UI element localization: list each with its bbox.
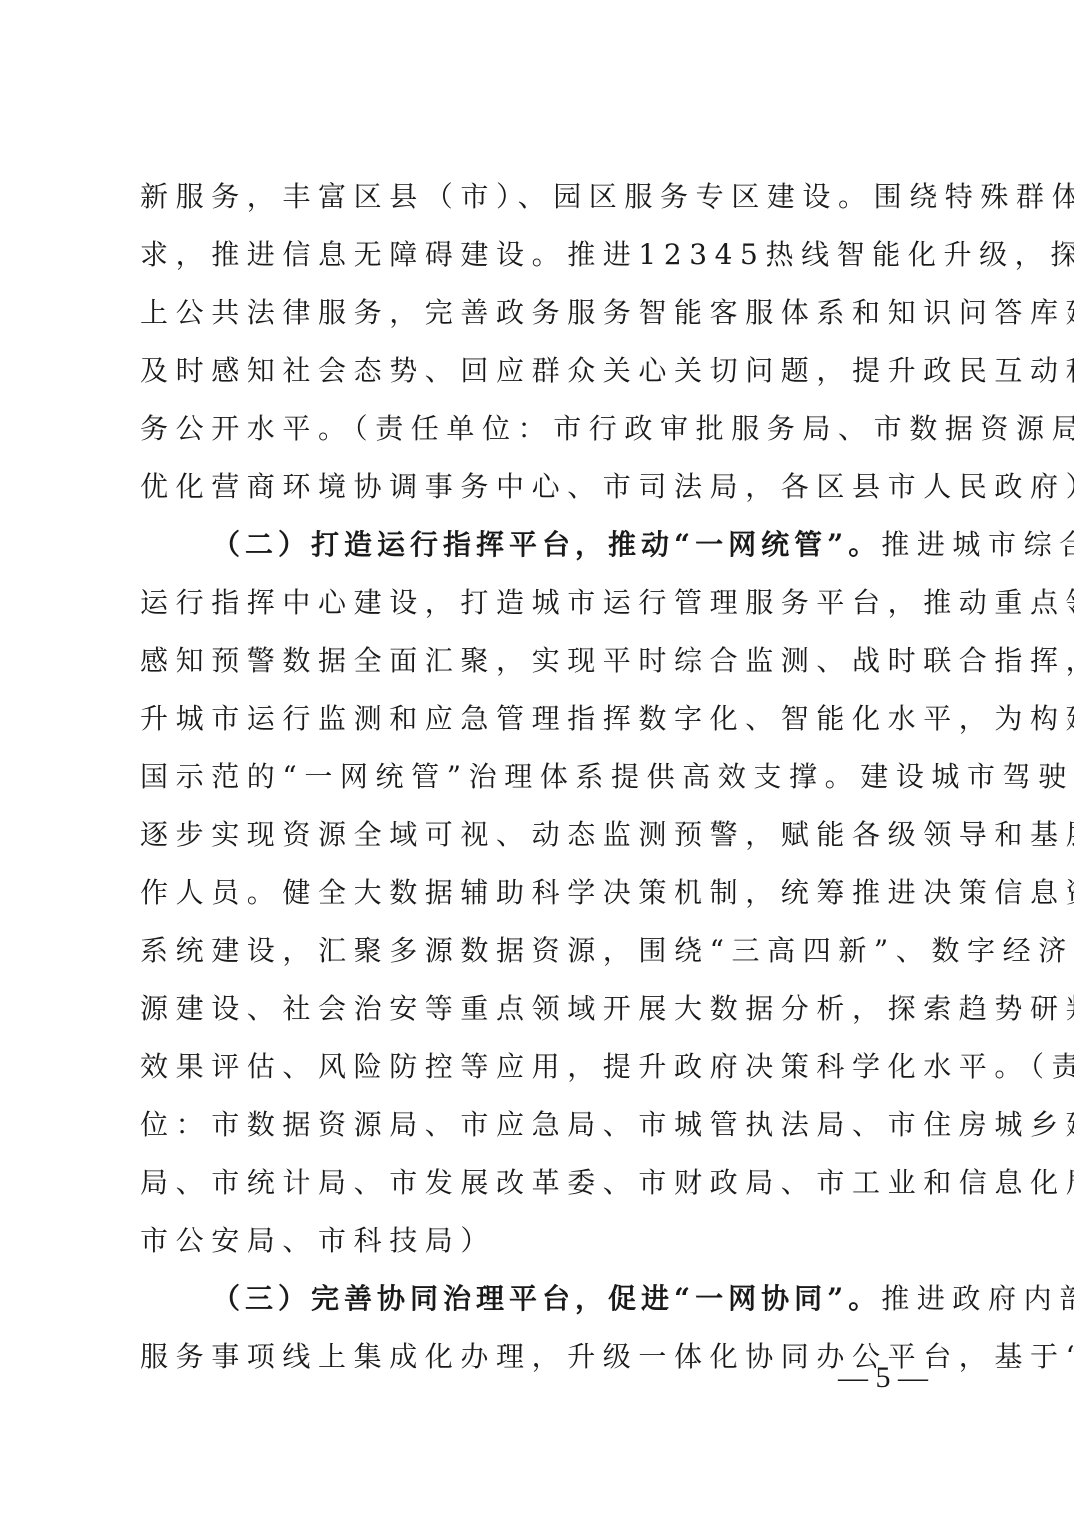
- body-text-line: 逐步实现资源全域可视、动态监测预警，赋能各级领导和基层工: [140, 815, 940, 855]
- body-text-line: 上公共法律服务，完善政务服务智能客服体系和知识问答库建设，: [140, 293, 940, 333]
- body-text-line: 优化营商环境协调事务中心、市司法局，各区县市人民政府）: [140, 467, 940, 507]
- body-text-line: 运行指挥中心建设，打造城市运行管理服务平台，推动重点领域: [140, 583, 940, 623]
- body-text-run: 推进城市综合: [881, 528, 1074, 561]
- body-text-line: 务公开水平。（责任单位：市行政审批服务局、市数据资源局、市: [140, 409, 940, 449]
- body-text-line: 服务事项线上集成化办理，升级一体化协同办公平台，基于“长: [140, 1337, 940, 1377]
- body-text-line: 局、市统计局、市发展改革委、市财政局、市工业和信息化局、: [140, 1163, 940, 1203]
- document-page: 新服务，丰富区县（市）、园区服务专区建设。围绕特殊群体需 求，推进信息无障碍建设…: [0, 0, 1074, 1520]
- body-text-line: 新服务，丰富区县（市）、园区服务专区建设。围绕特殊群体需: [140, 177, 940, 217]
- body-text-line: 效果评估、风险防控等应用，提升政府决策科学化水平。（责任单: [140, 1047, 940, 1087]
- section-heading-2: （二）打造运行指挥平台，推动“一网统管”。: [212, 528, 881, 561]
- body-text-line: 市公安局、市科技局）: [140, 1221, 940, 1261]
- section-2-paragraph-start: （二）打造运行指挥平台，推动“一网统管”。推进城市综合: [212, 525, 940, 565]
- body-text-line: 求，推进信息无障碍建设。推进12345热线智能化升级，探索线: [140, 235, 940, 275]
- section-heading-3: （三）完善协同治理平台，促进“一网协同”。: [212, 1282, 881, 1315]
- body-text-line: 感知预警数据全面汇聚，实现平时综合监测、战时联合指挥，提: [140, 641, 940, 681]
- page-number: — 5 —: [838, 1358, 928, 1398]
- body-text-line: 及时感知社会态势、回应群众关心关切问题，提升政民互动和政: [140, 351, 940, 391]
- body-text-line: 作人员。健全大数据辅助科学决策机制，统筹推进决策信息资源: [140, 873, 940, 913]
- body-text-line: 升城市运行监测和应急管理指挥数字化、智能化水平，为构建全: [140, 699, 940, 739]
- body-text-run: 推进政府内部: [881, 1282, 1074, 1315]
- body-text-line: 源建设、社会治安等重点领域开展大数据分析，探索趋势研判、: [140, 989, 940, 1029]
- body-text-line: 位：市数据资源局、市应急局、市城管执法局、市住房城乡建设: [140, 1105, 940, 1145]
- body-text-line: 系统建设，汇聚多源数据资源，围绕“三高四新”、数字经济、财: [140, 931, 940, 971]
- body-text-line: 国示范的“一网统管”治理体系提供高效支撑。建设城市驾驶舱，: [140, 757, 940, 797]
- section-3-paragraph-start: （三）完善协同治理平台，促进“一网协同”。推进政府内部: [212, 1279, 940, 1319]
